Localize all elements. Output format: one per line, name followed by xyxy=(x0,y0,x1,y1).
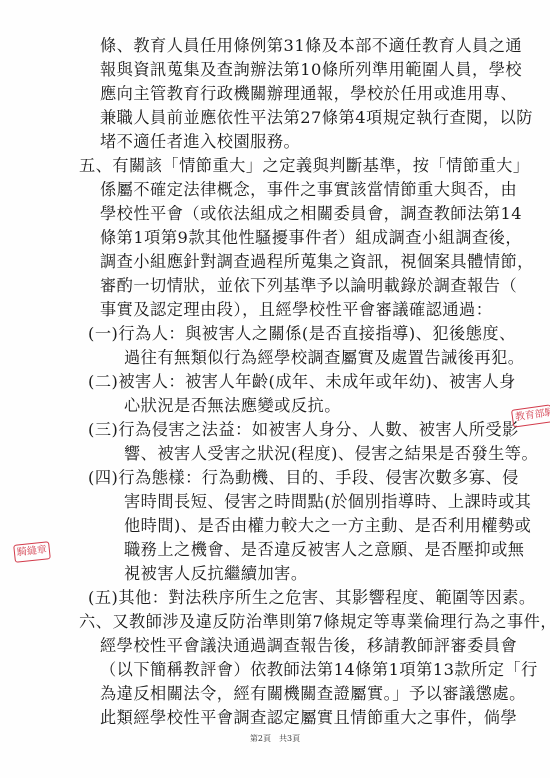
text-line: 此類經學校性平會調查認定屬實且情節重大之事件，倘學 xyxy=(100,708,517,728)
text-line: 應向主管教育行政機關辦理通報，學校於任用或進用專、 xyxy=(100,84,517,104)
text-line: 調查小組應針對調查過程所蒐集之資訊，視個案具體情節， xyxy=(100,252,534,272)
text-line: 為違反相關法令，經有關機關查證屬實。」予以審議懲處。 xyxy=(100,684,526,704)
text-line: 職務上之機會、是否違反被害人之意願、是否壓抑或無 xyxy=(124,540,525,560)
text-line: 五、有關該「情節重大」之定義與判斷基準，按「情節重大」 xyxy=(79,156,530,176)
text-line: 心狀況是否無法應變或反抗。 xyxy=(124,396,341,416)
text-line: 學校性平會（或依法組成之相關委員會，調查教師法第14 xyxy=(100,204,522,224)
text-line: 事實及認定理由段），且經學校性平會審議確認通過： xyxy=(100,300,492,320)
text-line: 堵不適任者進入校園服務。 xyxy=(100,132,300,152)
text-line: 兼職人員前並應依性平法第27條第4項規定執行查閱，以防 xyxy=(100,108,533,128)
text-line: 條第1項第9款其他性騷擾事件者）組成調查小組調查後， xyxy=(100,228,522,248)
text-line: 視被害人反抗繼續加害。 xyxy=(124,564,308,584)
text-line: 害時間長短、侵害之時間點(於個別指導時、上課時或其 xyxy=(124,492,531,512)
text-line: (四)行為態樣：行為動機、目的、手段、侵害次數多寡、侵 xyxy=(88,468,519,488)
text-line: (三)行為侵害之法益：如被害人身分、人數、被害人所受影 xyxy=(88,420,519,440)
text-line: 過往有無類似行為經學校調查屬實及處置告誡後再犯。 xyxy=(124,348,525,368)
seal-stamp-right: 教育部騎縫 xyxy=(511,404,550,427)
text-line: (五)其他：對法秩序所生之危害、其影響程度、範圍等因素。 xyxy=(88,588,536,608)
page-number: 第2頁 共3頁 xyxy=(0,733,550,744)
text-line: 報與資訊蒐集及查詢辦法第10條所列準用範圍人員，學校 xyxy=(100,60,522,80)
document-page: 條、教育人員任用條例第31條及本部不適任教育人員之通報與資訊蒐集及查詢辦法第10… xyxy=(0,0,550,778)
seal-stamp-left: 騎縫章 xyxy=(13,541,51,563)
text-line: 他時間)、是否由權力較大之一方主動、是否利用權勢或 xyxy=(124,516,531,536)
text-line: 經學校性平會議決通過調查報告後，移請教師評審委員會 xyxy=(100,636,517,656)
text-line: 條、教育人員任用條例第31條及本部不適任教育人員之通 xyxy=(100,36,522,56)
text-line: 六、又教師涉及違反防治準則第7條規定等專業倫理行為之事件， xyxy=(79,612,550,632)
text-line: 響、被害人受害之狀況(程度)、侵害之結果是否發生等。 xyxy=(124,444,538,464)
text-line: 審酌一切情狀，並依下列基準予以論明載錄於調查報告（ xyxy=(100,276,517,296)
text-line: （以下簡稱教評會）依教師法第14條第1項第13款所定「行 xyxy=(100,660,538,680)
text-line: 係屬不確定法律概念，事件之事實該當情節重大與否，由 xyxy=(100,180,517,200)
text-line: (二)被害人：被害人年齡(成年、未成年或年幼)、被害人身 xyxy=(88,372,516,392)
text-line: (一)行為人：與被害人之關係(是否直接指導)、犯後態度、 xyxy=(88,324,516,344)
